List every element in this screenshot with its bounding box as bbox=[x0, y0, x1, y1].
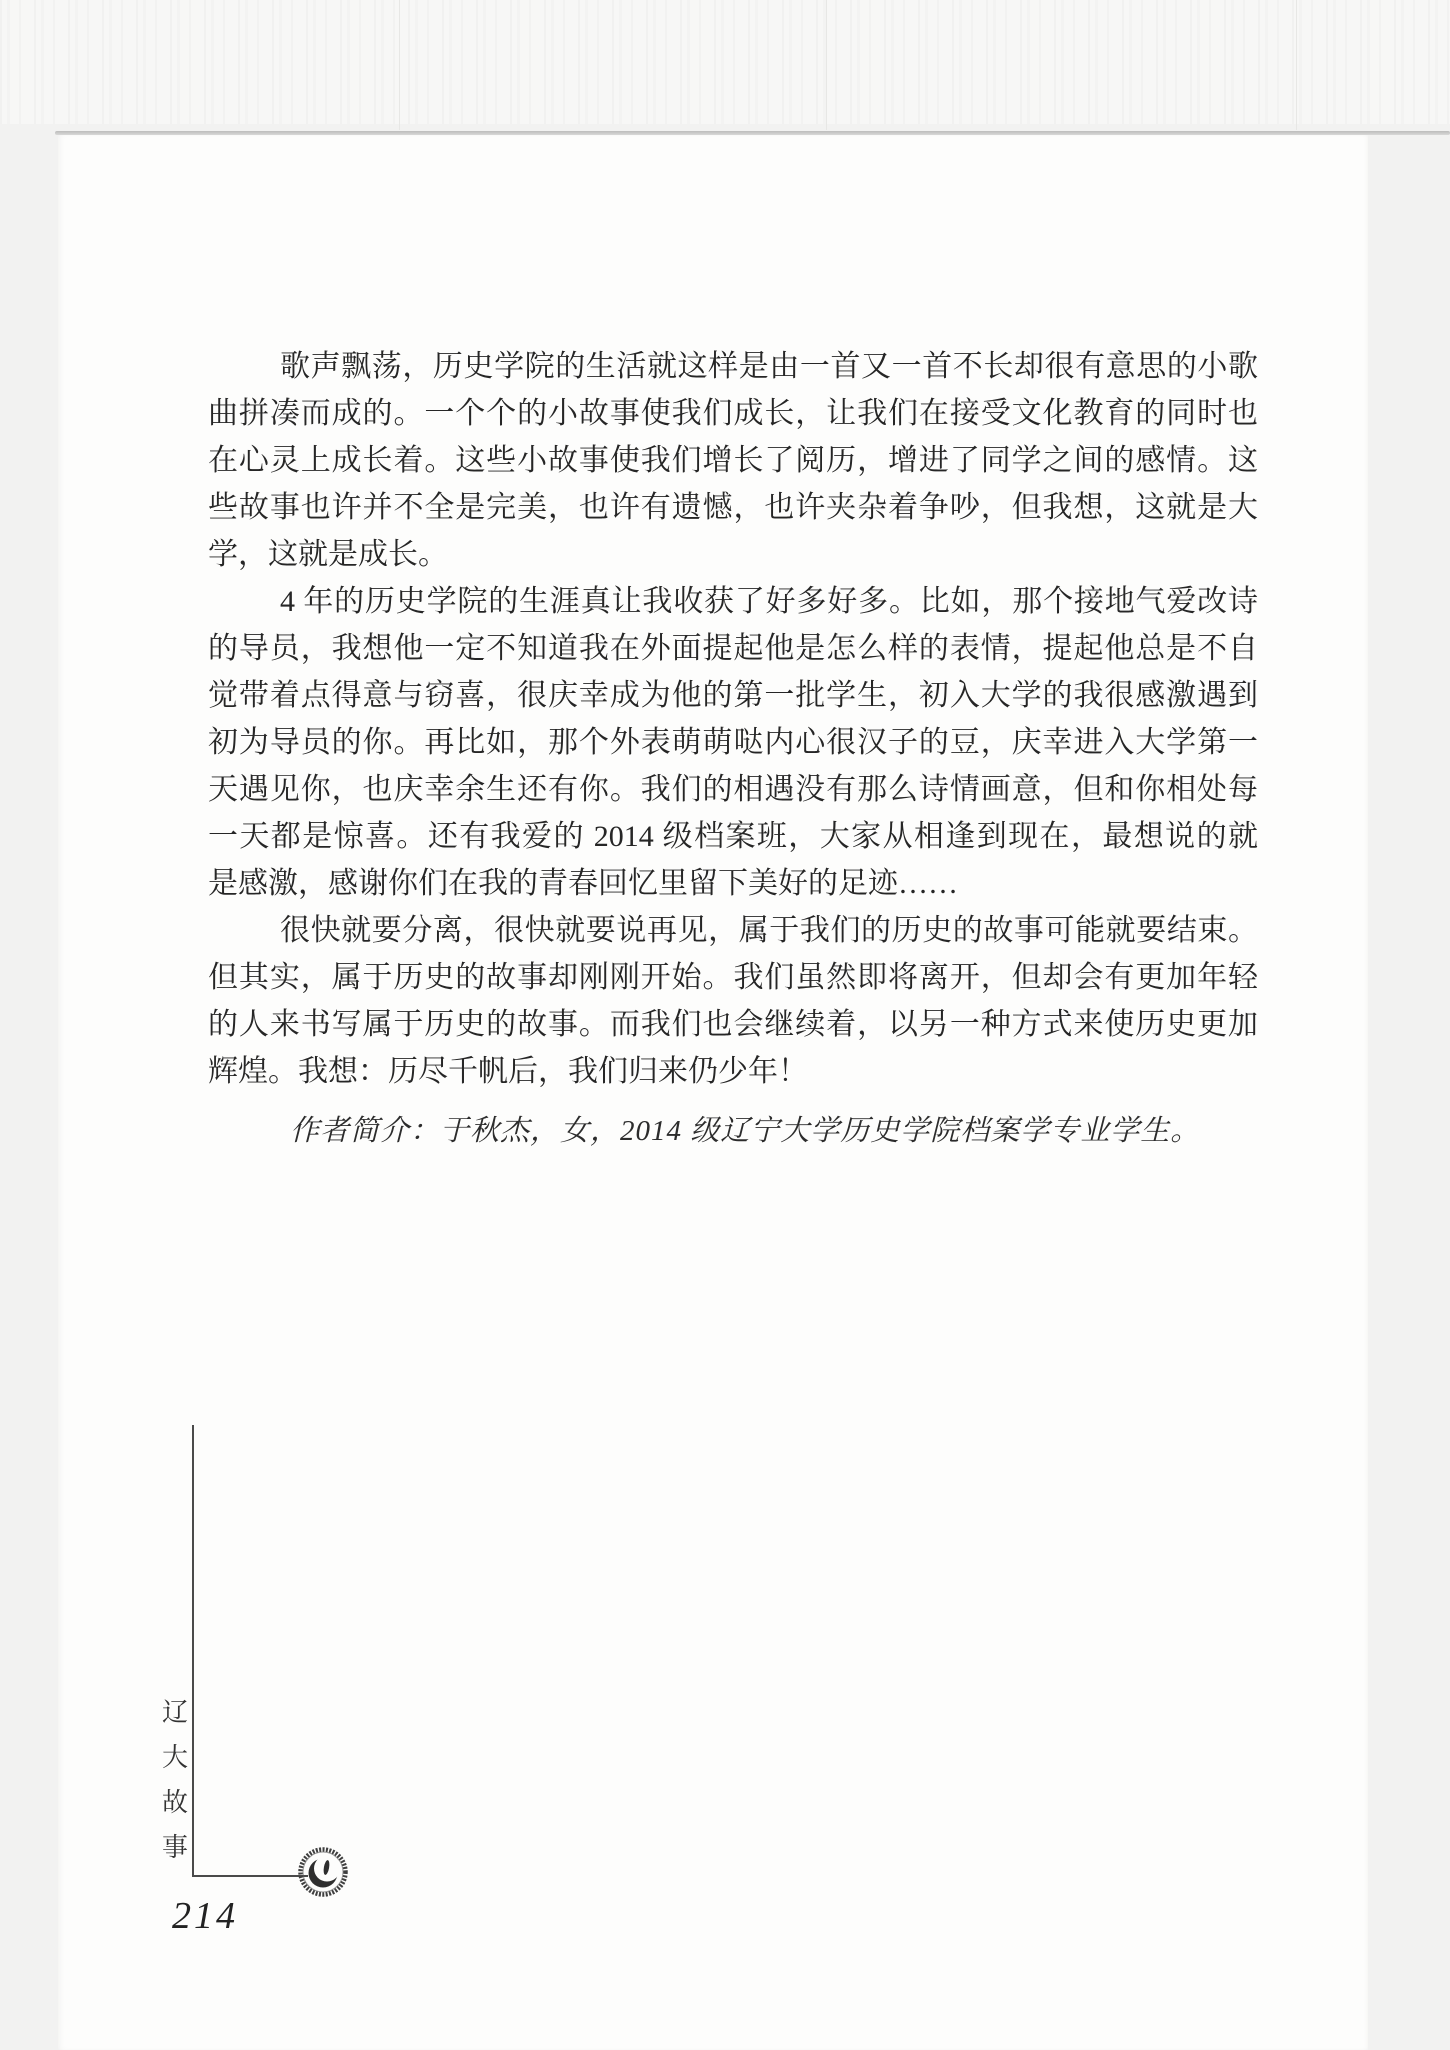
scanned-book-page: { "document": { "paragraphs": [ { "lines… bbox=[0, 0, 1450, 2050]
text-line: 初为导员的你。再比如，那个外表萌萌哒内心很汉子的豆，庆幸进入大学第一 bbox=[208, 719, 1258, 766]
university-seal-icon bbox=[296, 1845, 352, 1901]
text-line: 学，这就是成长。 bbox=[208, 531, 1258, 578]
series-title-char: 故 bbox=[162, 1790, 188, 1816]
scan-artifact-line bbox=[399, 0, 400, 130]
series-title-char: 事 bbox=[162, 1835, 188, 1861]
text-line: 的导员，我想他一定不知道我在外面提起他是怎么样的表情，提起他总是不自 bbox=[208, 625, 1258, 672]
page-number: 214 bbox=[172, 1894, 238, 1938]
text-line: 些故事也许并不全是完美，也许有遗憾，也许夹杂着争吵，但我想，这就是大 bbox=[208, 484, 1258, 531]
author-note: 作者简介：于秋杰，女，2014 级辽宁大学历史学院档案学专业学生。 bbox=[208, 1109, 1258, 1153]
text-line: 但其实，属于历史的故事却刚刚开始。我们虽然即将离开，但却会有更加年轻 bbox=[208, 954, 1258, 1001]
body-text: 歌声飘荡，历史学院的生活就这样是由一首又一首不长却很有意思的小歌 曲拼凑而成的。… bbox=[208, 343, 1258, 1095]
scan-artifact-band bbox=[0, 0, 1450, 124]
text-line: 曲拼凑而成的。一个个的小故事使我们成长，让我们在接受文化教育的同时也 bbox=[208, 390, 1258, 437]
text-line: 天遇见你，也庆幸余生还有你。我们的相遇没有那么诗情画意，但和你相处每 bbox=[208, 766, 1258, 813]
text-line: 4 年的历史学院的生涯真让我收获了好多好多。比如，那个接地气爱改诗 bbox=[208, 578, 1258, 625]
text-line: 是感激，感谢你们在我的青春回忆里留下美好的足迹…… bbox=[208, 860, 1258, 907]
text-line: 辉煌。我想：历尽千帆后，我们归来仍少年！ bbox=[208, 1048, 1258, 1095]
scan-artifact-line bbox=[1296, 0, 1297, 130]
paragraph: 歌声飘荡，历史学院的生活就这样是由一首又一首不长却很有意思的小歌 曲拼凑而成的。… bbox=[208, 343, 1258, 578]
series-title-vertical: 辽 大 故 事 bbox=[160, 1700, 190, 1861]
text-line: 一天都是惊喜。还有我爱的 2014 级档案班，大家从相逢到现在，最想说的就 bbox=[208, 813, 1258, 860]
sidebar-rule-vertical bbox=[192, 1425, 194, 1877]
series-title-char: 大 bbox=[162, 1745, 188, 1771]
series-title-char: 辽 bbox=[162, 1700, 188, 1726]
sidebar-rule-horizontal bbox=[192, 1875, 308, 1877]
text-line: 觉带着点得意与窃喜，很庆幸成为他的第一批学生，初入大学的我很感激遇到 bbox=[208, 672, 1258, 719]
text-line: 在心灵上成长着。这些小故事使我们增长了阅历，增进了同学之间的感情。这 bbox=[208, 437, 1258, 484]
text-line: 歌声飘荡，历史学院的生活就这样是由一首又一首不长却很有意思的小歌 bbox=[208, 343, 1258, 390]
text-line: 很快就要分离，很快就要说再见，属于我们的历史的故事可能就要结束。 bbox=[208, 907, 1258, 954]
paragraph: 很快就要分离，很快就要说再见，属于我们的历史的故事可能就要结束。 但其实，属于历… bbox=[208, 907, 1258, 1095]
paragraph: 4 年的历史学院的生涯真让我收获了好多好多。比如，那个接地气爱改诗 的导员，我想… bbox=[208, 578, 1258, 907]
scan-artifact-line bbox=[826, 0, 827, 130]
text-line: 的人来书写属于历史的故事。而我们也会继续着，以另一种方式来使历史更加 bbox=[208, 1001, 1258, 1048]
